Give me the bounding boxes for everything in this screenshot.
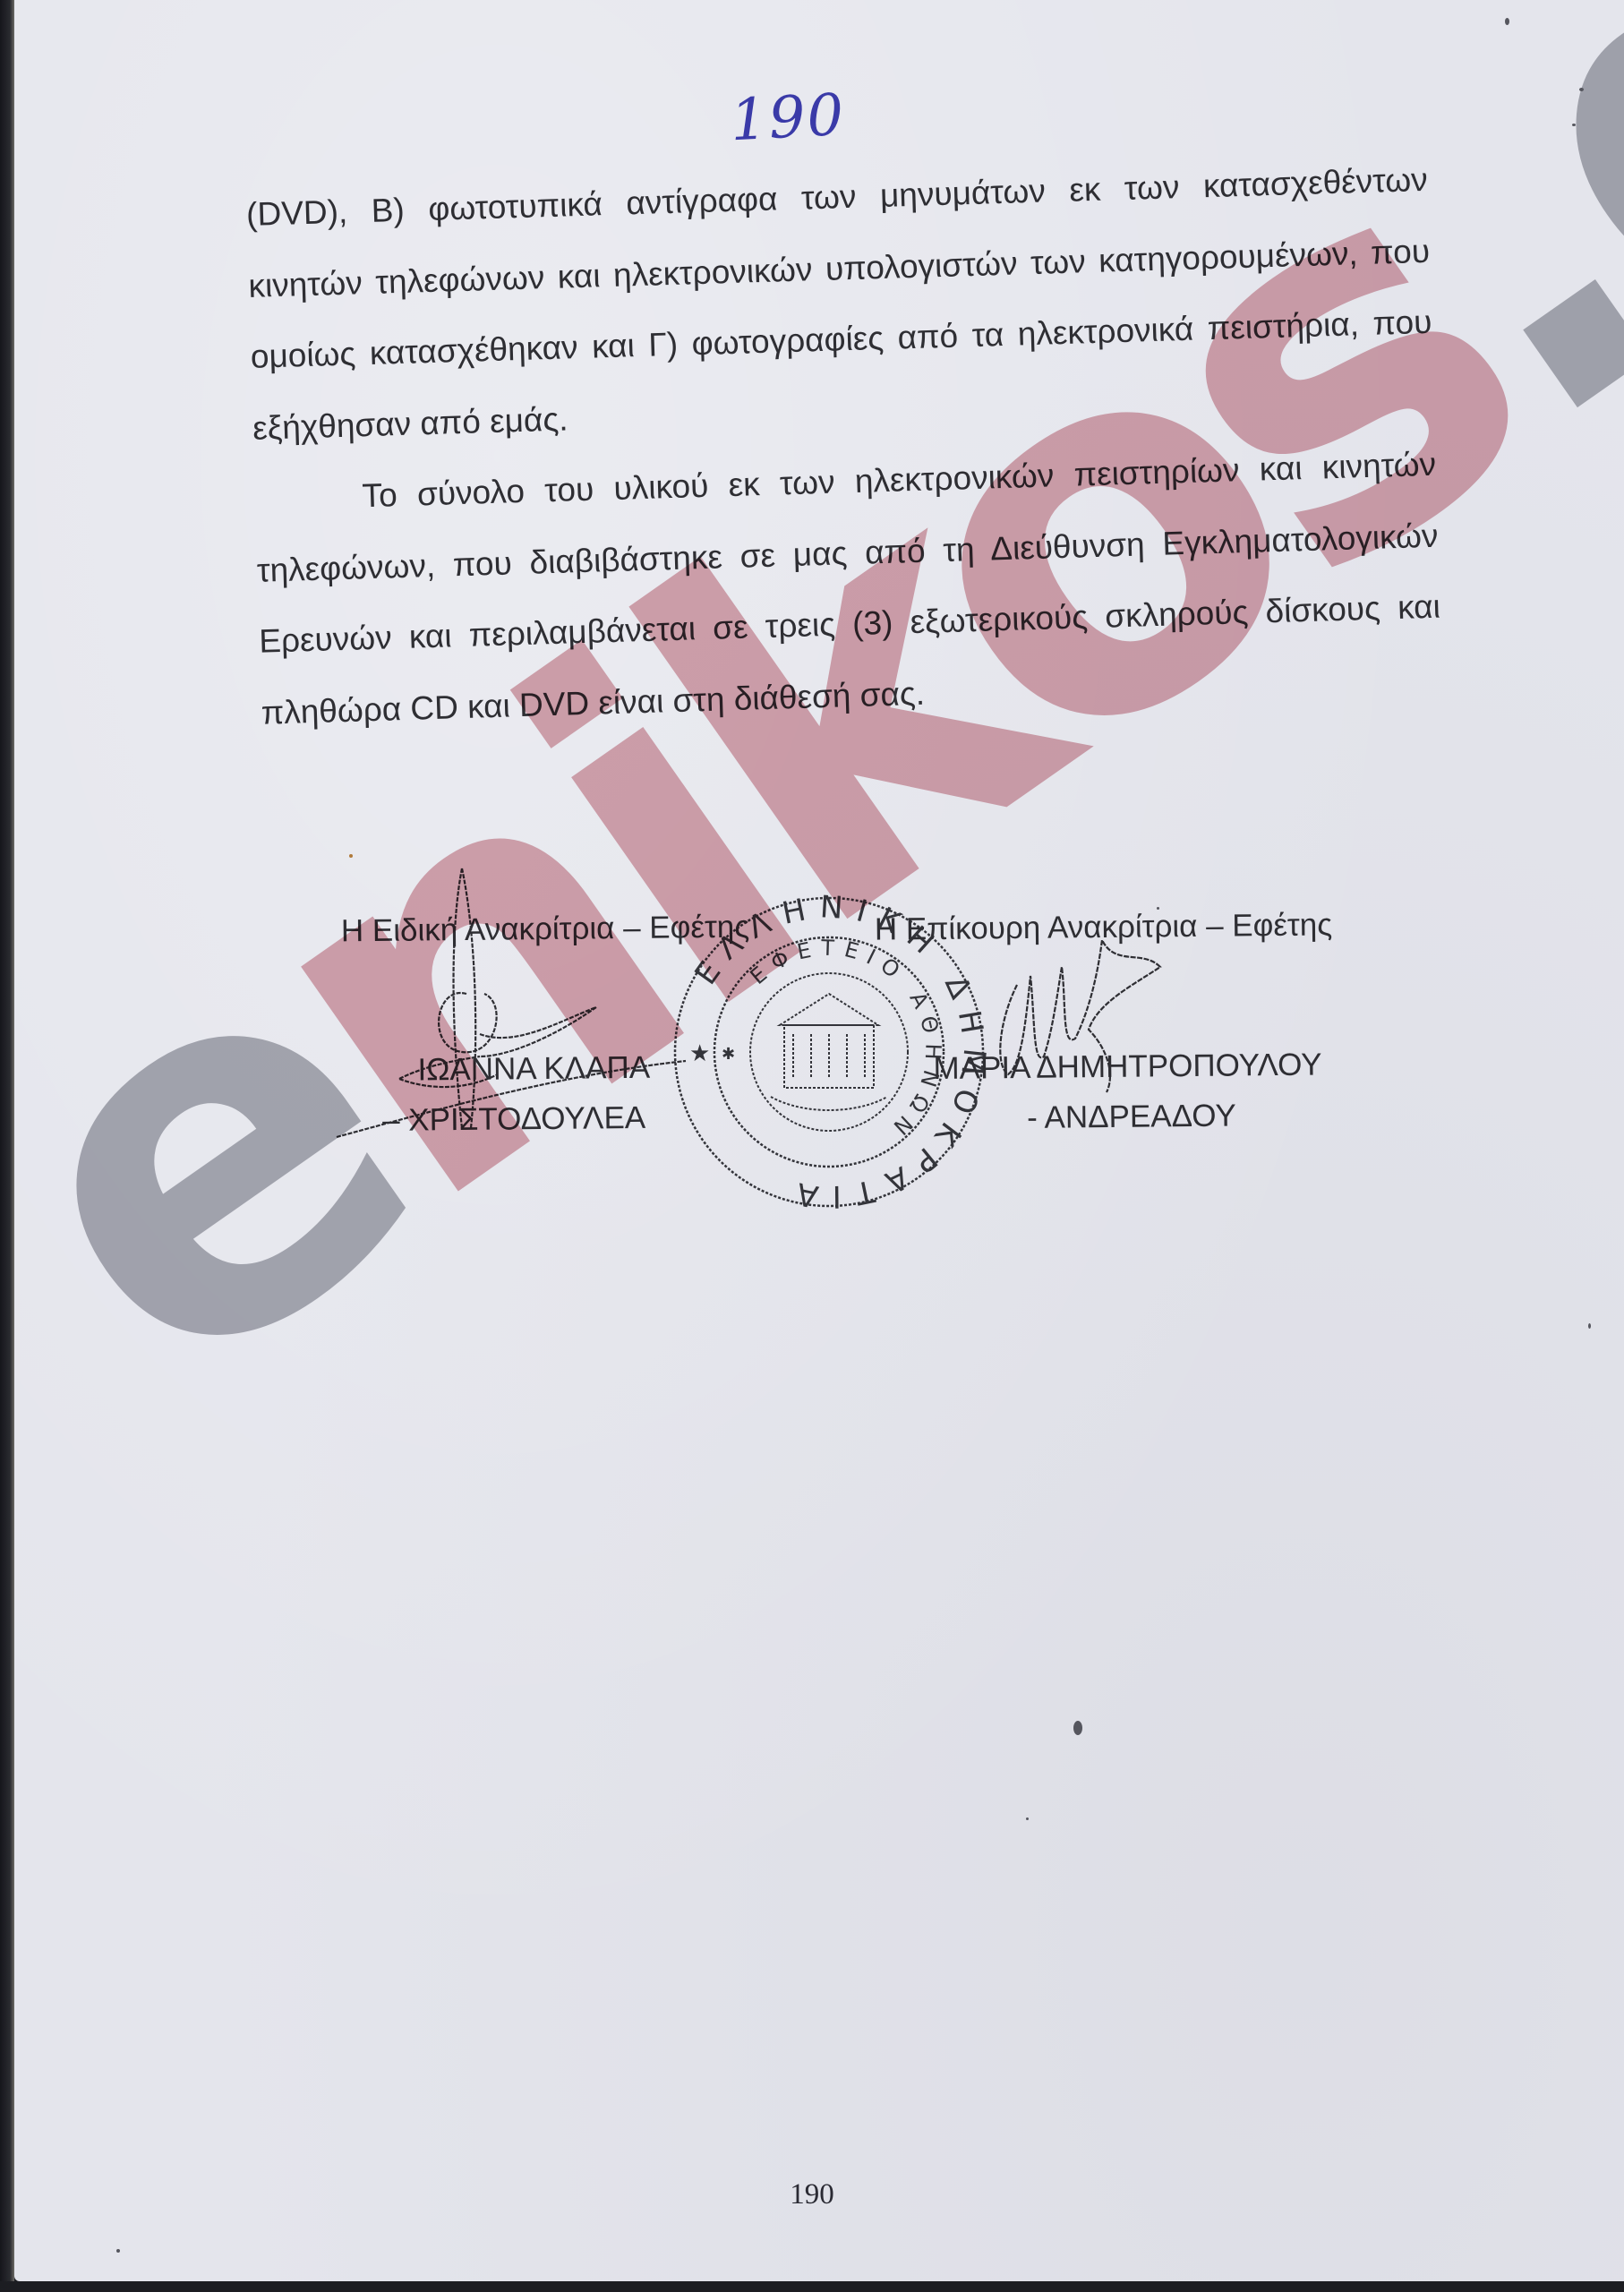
handwritten-page-number: 190	[729, 82, 847, 155]
scan-border-left	[0, 0, 14, 2292]
signatory-right-title: Η Επίκουρη Ανακρίτρια – Εφέτης	[875, 900, 1333, 954]
signatory-right: Η Επίκουρη Ανακρίτρια – Εφέτης ΜΑΡΙΑ ΔΗΜ…	[875, 900, 1335, 1144]
scan-speck	[1588, 1323, 1591, 1329]
scan-speck	[349, 854, 353, 858]
signatory-left-name: ΙΩΑΝΝΑ ΚΛΑΠΑ	[342, 1042, 751, 1097]
page-number: 190	[0, 2178, 1624, 2211]
scan-speck	[1505, 18, 1509, 25]
signatory-right-surname: - ΑΝΔΡΕΑΔΟΥ	[876, 1090, 1335, 1144]
signatory-left-title: Η Ειδική Ανακρίτρια – Εφέτης	[341, 902, 750, 957]
scan-speck	[1572, 124, 1576, 126]
signatory-right-name: ΜΑΡΙΑ ΔΗΜΗΤΡΟΠΟΥΛΟΥ	[876, 1039, 1334, 1094]
scan-speck	[1579, 88, 1584, 91]
scan-border-bottom	[0, 2281, 1624, 2292]
scan-speck	[1073, 1721, 1082, 1735]
signatory-left-surname: – ΧΡΙΣΤΟΔΟΥΛΕΑ	[343, 1092, 752, 1147]
paragraph-2: Το σύνολο του υλικού εκ των ηλεκτρονικών…	[253, 429, 1443, 748]
document-body: (DVD), Β) φωτοτυπικά αντίγραφα των μηνυμ…	[245, 144, 1443, 748]
document-page: 190 (DVD), Β) φωτοτυπικά αντίγραφα των μ…	[14, 0, 1624, 2281]
scan-speck	[1157, 907, 1159, 910]
scan-speck	[116, 2249, 120, 2253]
signatory-left: Η Ειδική Ανακρίτρια – Εφέτης ΙΩΑΝΝΑ ΚΛΑΠ…	[341, 902, 752, 1147]
paragraph-1: (DVD), Β) φωτοτυπικά αντίγραφα των μηνυμ…	[245, 144, 1435, 464]
scan-speck	[1026, 1817, 1029, 1820]
